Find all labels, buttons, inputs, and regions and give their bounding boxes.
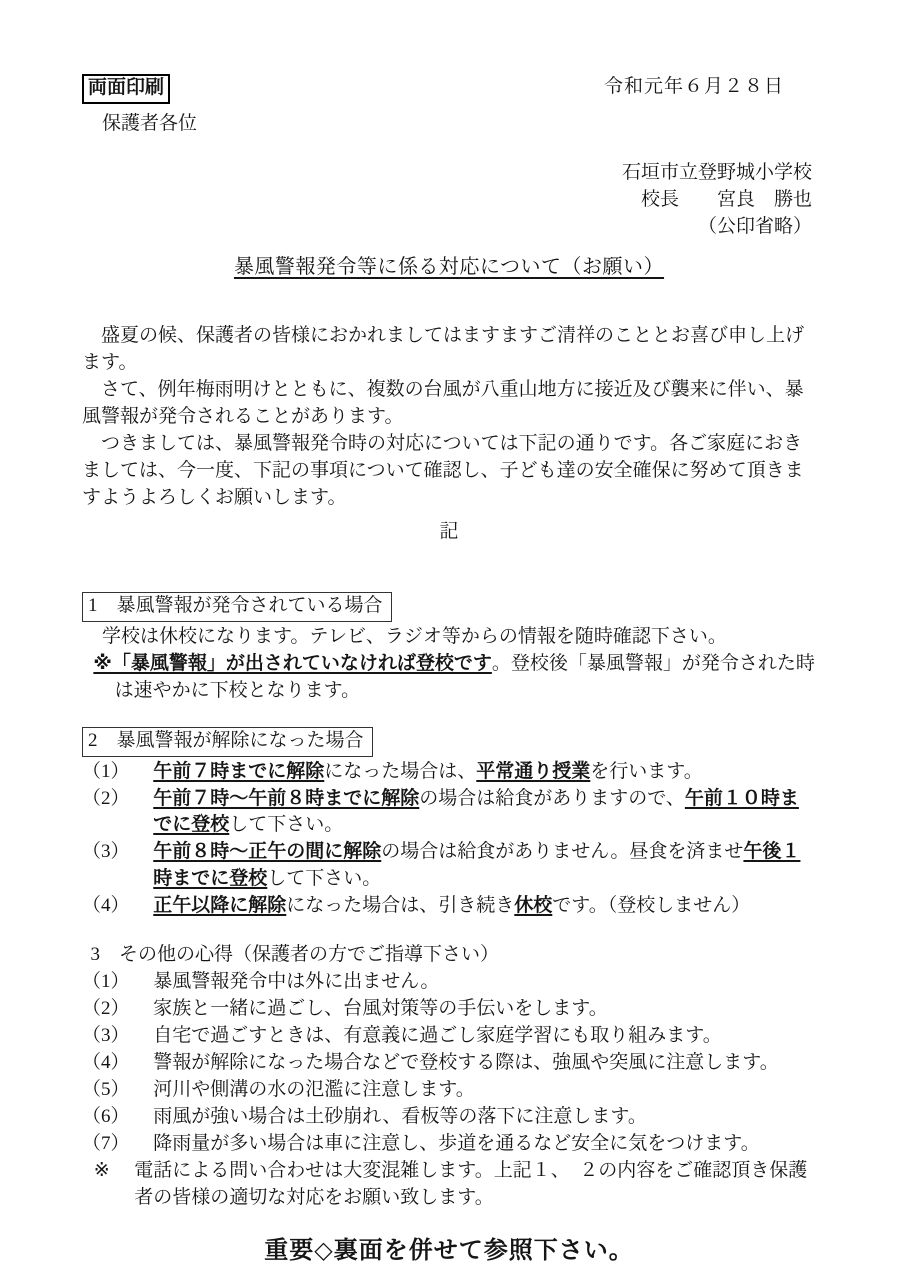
list-item: （4） 警報が解除になった場合などで登校する際は、強風や突風に注意します。: [82, 1050, 816, 1077]
item-text: 警報が解除になった場合などで登校する際は、強風や突風に注意します。: [153, 1050, 816, 1077]
sender-block: 石垣市立登野城小学校 校長 宮良 勝也 （公印省略）: [622, 160, 812, 241]
section-3-heading: 3 その他の心得（保護者の方でご指導下さい）: [91, 942, 816, 969]
item-number: （4）: [82, 1050, 153, 1077]
item-text: 降雨量が多い場合は車に注意し、歩道を通るなど安全に気をつけます。: [153, 1131, 816, 1158]
body-paragraphs: 盛夏の候、保護者の皆様におかれましてはますますご清祥のこととお喜び申し上げます。…: [82, 323, 816, 512]
item-number: （4）: [82, 893, 153, 920]
item-number: （2）: [82, 786, 153, 840]
item-number: （5）: [82, 1077, 153, 1104]
item-text: 午前７時～午前８時までに解除の場合は給食がありますので、午前１０時までに登校して…: [153, 786, 816, 840]
list-item: （2） 午前７時～午前８時までに解除の場合は給食がありますので、午前１０時までに…: [82, 786, 816, 840]
section-1-warning-active: 1 暴風警報が発令されている場合 学校は休校になります。テレビ、ラジオ等からの情…: [82, 592, 816, 705]
list-item: （7） 降雨量が多い場合は車に注意し、歩道を通るなど安全に気をつけます。: [82, 1131, 816, 1158]
item-text: 午前８時～正午の間に解除の場合は給食がありません。昼食を済ませ午後１時までに登校…: [153, 839, 816, 893]
list-item: （3） 自宅で過ごすときは、有意義に過ごし家庭学習にも取り組みます。: [82, 1023, 816, 1050]
list-item: （5） 河川や側溝の水の氾濫に注意します。: [82, 1077, 816, 1104]
item-number: （6）: [82, 1104, 153, 1131]
important-footer-notice: 重要◇裏面を併せて参照下さい。: [82, 1234, 816, 1268]
item-text: 午前７時までに解除になった場合は、平常通り授業を行います。: [153, 759, 816, 786]
page-title: 暴風警報発令等に係る対応について（お願い）: [82, 253, 816, 281]
note-text: 電話による問い合わせは大変混雑します。上記１、 ２の内容をご確認頂き保護者の皆様…: [134, 1158, 816, 1212]
note-marker: ※: [82, 1158, 134, 1212]
item-number: （2）: [82, 996, 153, 1023]
list-item: （1） 午前７時までに解除になった場合は、平常通り授業を行います。: [82, 759, 816, 786]
item-text: 正午以降に解除になった場合は、引き続き休校です。（登校しません）: [153, 893, 816, 920]
item-text: 雨風が強い場合は土砂崩れ、看板等の落下に注意します。: [153, 1104, 816, 1131]
section-1-body: 学校は休校になります。テレビ、ラジオ等からの情報を随時確認下さい。: [102, 624, 816, 651]
section-2-heading: 2 暴風警報が解除になった場合: [82, 727, 373, 757]
list-item: （2） 家族と一緒に過ごし、台風対策等の手伝いをします。: [82, 996, 816, 1023]
item-text: 暴風警報発令中は外に出ません。: [153, 969, 816, 996]
item-number: （1）: [82, 759, 153, 786]
sender-seal-note: （公印省略）: [622, 214, 812, 241]
sender-block-wrap: 石垣市立登野城小学校 校長 宮良 勝也 （公印省略）: [82, 160, 816, 241]
document-page: 両面印刷 令和元年６月２８日 保護者各位 石垣市立登野城小学校 校長 宮良 勝也…: [0, 0, 904, 1280]
paragraph-context: さて、例年梅雨明けとともに、複数の台風が八重山地方に接近及び襲来に伴い、暴風警報…: [82, 377, 816, 431]
item-text: 自宅で過ごすときは、有意義に過ごし家庭学習にも取り組みます。: [153, 1023, 816, 1050]
record-marker: 記: [82, 519, 816, 546]
item-text: 河川や側溝の水の氾濫に注意します。: [153, 1077, 816, 1104]
phone-inquiry-note: ※ 電話による問い合わせは大変混雑します。上記１、 ２の内容をご確認頂き保護者の…: [82, 1158, 816, 1212]
sender-school: 石垣市立登野城小学校: [622, 160, 812, 187]
recipient-line: 保護者各位: [102, 111, 816, 138]
document-date: 令和元年６月２８日: [604, 74, 784, 101]
section-2-warning-lifted: 2 暴風警報が解除になった場合 （1） 午前７時までに解除になった場合は、平常通…: [82, 727, 816, 921]
list-item: （4） 正午以降に解除になった場合は、引き続き休校です。（登校しません）: [82, 893, 816, 920]
paragraph-request: つきましては、暴風警報発令時の対応については下記の通りです。各ご家庭におきまして…: [82, 431, 816, 512]
paragraph-greeting: 盛夏の候、保護者の皆様におかれましてはますますご清祥のこととお喜び申し上げます。: [82, 323, 816, 377]
item-number: （1）: [82, 969, 153, 996]
item-number: （3）: [82, 1023, 153, 1050]
sender-principal: 校長 宮良 勝也: [622, 187, 812, 214]
item-number: （7）: [82, 1131, 153, 1158]
item-number: （3）: [82, 839, 153, 893]
section-3-other-guidance: 3 その他の心得（保護者の方でご指導下さい） （1） 暴風警報発令中は外に出ませ…: [82, 942, 816, 1212]
item-text: 家族と一緒に過ごし、台風対策等の手伝いをします。: [153, 996, 816, 1023]
list-item: （3） 午前８時～正午の間に解除の場合は給食がありません。昼食を済ませ午後１時ま…: [82, 839, 816, 893]
list-item: （1） 暴風警報発令中は外に出ません。: [82, 969, 816, 996]
section-1-heading: 1 暴風警報が発令されている場合: [82, 592, 392, 622]
section-1-note: ※「暴風警報」が出されていなければ登校です。登校後「暴風警報」が発令された時は速…: [93, 651, 816, 705]
list-item: （6） 雨風が強い場合は土砂崩れ、看板等の落下に注意します。: [82, 1104, 816, 1131]
duplex-print-badge: 両面印刷: [82, 74, 170, 104]
header-row: 両面印刷 令和元年６月２８日: [82, 74, 816, 104]
